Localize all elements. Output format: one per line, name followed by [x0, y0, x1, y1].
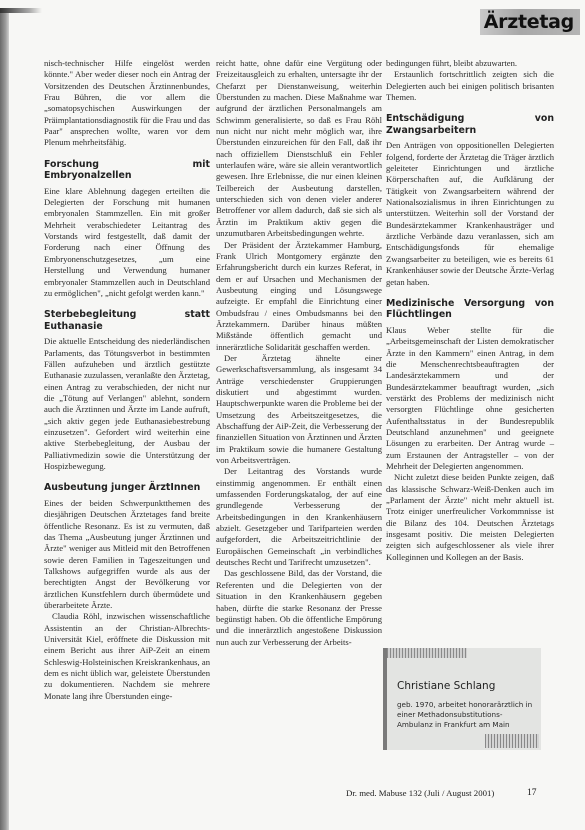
paragraph: reicht hatte, ohne dafür eine Vergütung …: [216, 58, 382, 240]
section-heading: Entschädigung von Zwangsarbeitern: [386, 113, 554, 136]
paragraph: Klaus Weber stellte für die „Arbeitsgeme…: [386, 325, 554, 472]
paragraph: Eines der beiden Schwerpunktthemen des d…: [44, 498, 210, 611]
author-bio: geb. 1970, arbeitet honorarärztlich in e…: [397, 700, 533, 730]
section-heading: Sterbebegleitung statt Euthanasie: [44, 309, 210, 332]
paragraph: Claudia Röhl, inzwischen wissenschaftlic…: [44, 611, 210, 702]
section-tag-label: Ärztetag: [484, 11, 574, 33]
paragraph: Der Leitantrag des Vorstands wurde einst…: [216, 466, 382, 568]
paragraph: Nicht zuletzt diese beiden Punkte zeigen…: [386, 472, 554, 563]
page-number: 17: [527, 788, 537, 798]
section-heading: Ausbeutung junger ÄrztInnen: [44, 482, 210, 494]
paragraph: Der Ärztetag ähnelte einer Gewerkschafts…: [216, 353, 382, 466]
paragraph: nisch-technischer Hilfe eingelöst werden…: [44, 58, 210, 149]
author-infobox: Christiane Schlang geb. 1970, arbeitet h…: [383, 648, 541, 750]
infobox-decor-bottom: [485, 734, 539, 748]
paragraph: Den Anträgen von oppositionellen Delegie…: [386, 140, 554, 287]
section-tag: Ärztetag: [480, 9, 580, 35]
article-column-2: reicht hatte, ohne dafür eine Vergütung …: [216, 58, 382, 648]
section-heading: Forschung mit Embryonalzellen: [44, 159, 210, 182]
paragraph: Erstaunlich fortschrittlich zeigten sich…: [386, 69, 554, 103]
page-edge-bar: [0, 8, 9, 830]
paragraph: Das geschlossene Bild, das der Vorstand,…: [216, 568, 382, 647]
author-name: Christiane Schlang: [397, 680, 495, 692]
footer-citation: Dr. med. Mabuse 132 (Juli / August 2001): [346, 788, 494, 798]
paragraph: Die aktuelle Entscheidung des niederländ…: [44, 336, 210, 472]
paragraph: Der Präsident der Ärztekammer Hamburg, F…: [216, 240, 382, 353]
infobox-decor-top: [387, 648, 467, 658]
paragraph: bedingungen führt, bleibt abzuwarten.: [386, 58, 554, 69]
article-column-3: bedingungen führt, bleibt abzuwarten.Ers…: [386, 58, 554, 563]
page-edge-rule: [0, 8, 42, 13]
section-heading: Medizinische Versorgung von Flüchtlingen: [386, 298, 554, 321]
article-column-1: nisch-technischer Hilfe eingelöst werden…: [44, 58, 210, 702]
paragraph: Eine klare Ablehnung dagegen erteilten d…: [44, 186, 210, 299]
